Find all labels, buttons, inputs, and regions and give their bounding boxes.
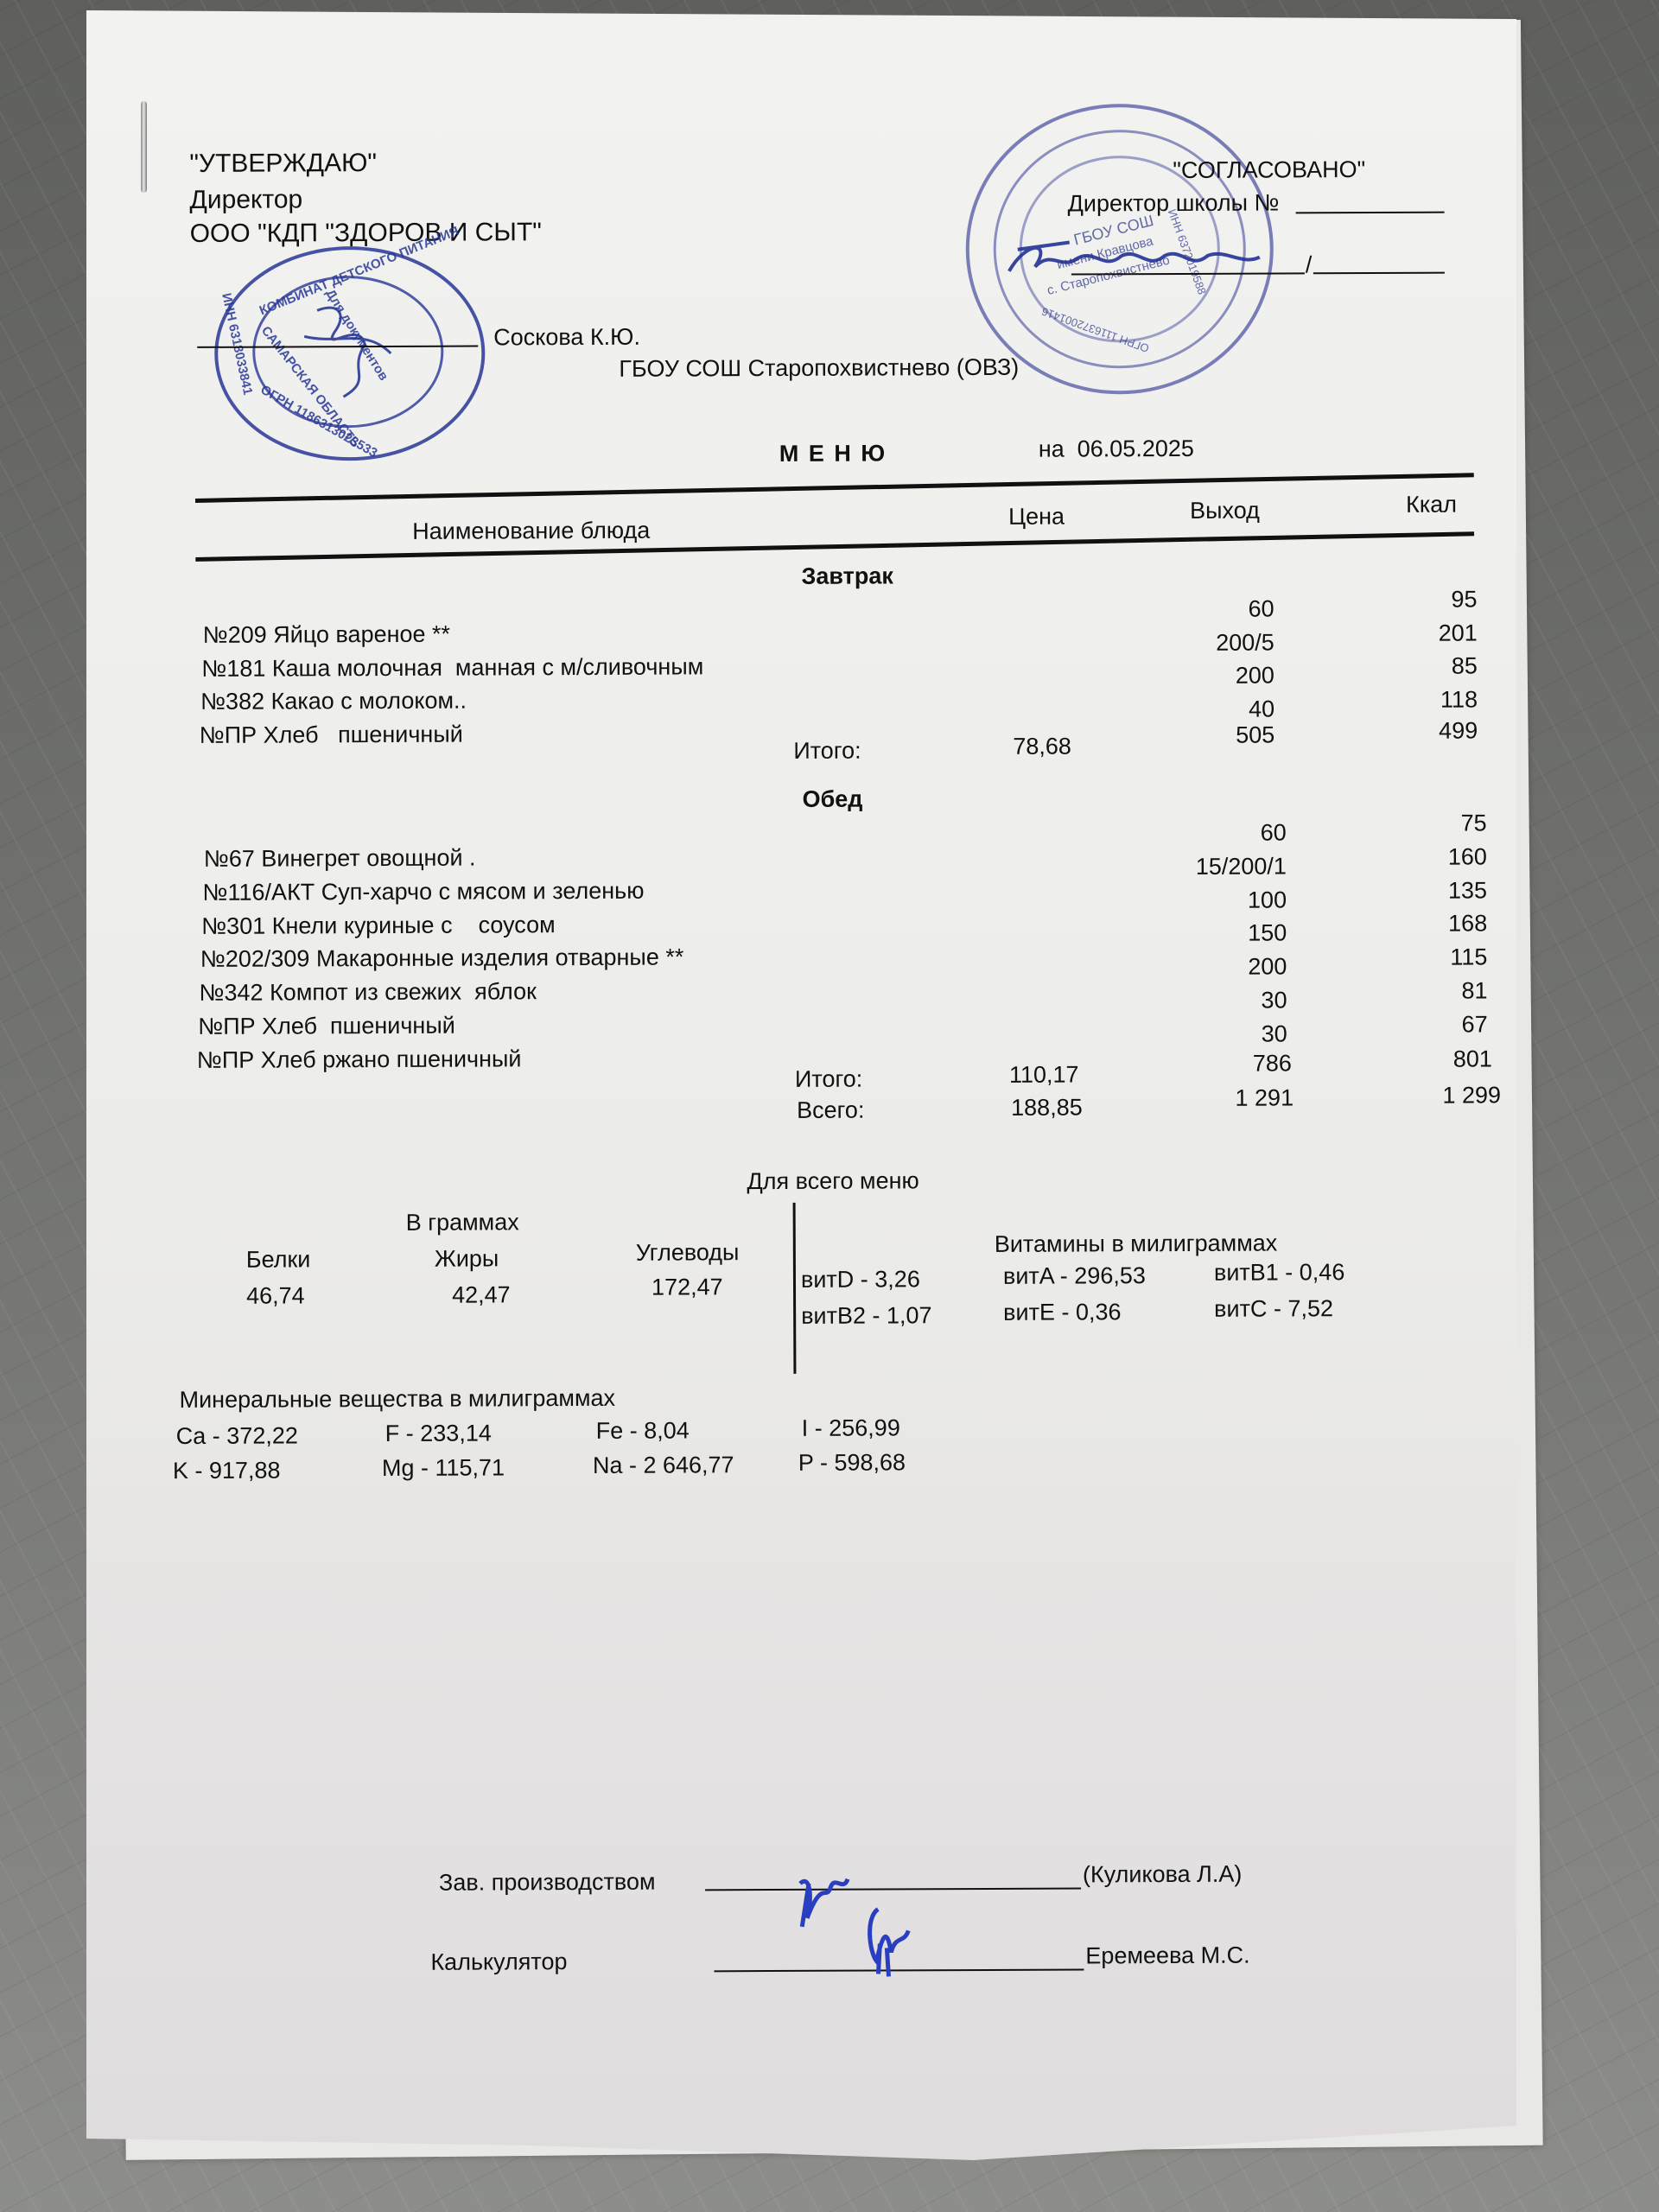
section-total-output: 505 bbox=[1149, 723, 1274, 747]
dish-output: 200/5 bbox=[1149, 631, 1274, 655]
section-title: Завтрак bbox=[801, 564, 893, 588]
vitamin-value: витB1 - 0,46 bbox=[1214, 1261, 1344, 1285]
section-total-kcal: 499 bbox=[1348, 719, 1478, 743]
mineral-value: Mg - 115,71 bbox=[382, 1456, 505, 1480]
dish-name: №67 Винегрет овощной . bbox=[204, 847, 476, 871]
dish-kcal: 67 bbox=[1350, 1013, 1488, 1037]
grand-total-price: 188,85 bbox=[1011, 1096, 1083, 1119]
dish-kcal: 115 bbox=[1349, 946, 1487, 970]
menu-sections: Завтрак№209 Яйцо вареное **6095№181 Каша… bbox=[0, 0, 1656, 3]
dish-kcal: 81 bbox=[1349, 979, 1487, 1003]
dish-kcal: 160 bbox=[1349, 845, 1487, 869]
minerals-list: Ca - 372,22F - 233,14Fe - 8,04I - 256,99… bbox=[0, 0, 1656, 3]
macro-label: Белки bbox=[246, 1248, 311, 1271]
company-stamp: КОМБИНАТ ДЕТСКОГО ПИТАНИЯ ИНН 6318033841… bbox=[214, 245, 486, 461]
school-name-line bbox=[1313, 272, 1445, 275]
macro-value: 172,47 bbox=[652, 1275, 723, 1299]
signature-name-production: (Куликова Л.А) bbox=[1083, 1863, 1242, 1887]
mineral-value: Fe - 8,04 bbox=[596, 1419, 690, 1442]
section-total-output: 786 bbox=[1151, 1052, 1292, 1076]
vitamin-value: витD - 3,26 bbox=[801, 1268, 920, 1292]
section-total-price: 110,17 bbox=[1009, 1063, 1079, 1086]
dish-output: 15/200/1 bbox=[1150, 855, 1287, 879]
mineral-value: K - 917,88 bbox=[173, 1459, 281, 1484]
nutrition-heading: Для всего меню bbox=[747, 1169, 918, 1193]
dish-output: 200 bbox=[1149, 664, 1274, 688]
mineral-value: P - 598,68 bbox=[798, 1451, 906, 1475]
dish-output: 60 bbox=[1150, 821, 1287, 845]
approval-right-slash: / bbox=[1306, 253, 1313, 276]
column-header-kcal: Ккал bbox=[1406, 493, 1457, 517]
dish-output: 60 bbox=[1149, 597, 1274, 621]
signature-name-calculator: Еремеева М.С. bbox=[1085, 1944, 1249, 1968]
vitamin-value: витE - 0,36 bbox=[1003, 1300, 1121, 1325]
grand-total-output: 1 291 bbox=[1194, 1086, 1294, 1110]
column-header-output: Выход bbox=[1190, 499, 1260, 523]
dish-kcal: 118 bbox=[1348, 688, 1478, 712]
approval-left-signatory: Соскова К.Ю. bbox=[493, 326, 640, 350]
signature-role-production: Зав. производством bbox=[439, 1871, 656, 1895]
director-signature bbox=[218, 249, 482, 457]
dish-output: 30 bbox=[1151, 1022, 1287, 1046]
menu-document: "УТВЕРЖДАЮ" Директор ООО "КДП "ЗДОРОВ И … bbox=[0, 0, 1659, 2212]
grand-total-label: Всего: bbox=[797, 1099, 864, 1122]
dish-name: №342 Компот из свежих яблок bbox=[199, 980, 536, 1005]
section-total-kcal: 801 bbox=[1350, 1047, 1492, 1071]
minerals-heading: Минеральные вещества в милиграммах bbox=[180, 1387, 616, 1412]
dish-name: №382 Какао с молоком.. bbox=[200, 690, 467, 714]
vitamins-heading: Витамины в милиграммах bbox=[995, 1231, 1278, 1255]
dish-kcal: 168 bbox=[1349, 912, 1487, 937]
approval-left-role: Директор bbox=[189, 187, 302, 213]
macro-value: 42,47 bbox=[452, 1283, 511, 1306]
approval-right-heading: "СОГЛАСОВАНО" bbox=[1173, 158, 1365, 182]
grand-total-kcal: 1 299 bbox=[1350, 1084, 1501, 1108]
dish-name: №202/309 Макаронные изделия отварные ** bbox=[200, 946, 684, 971]
mineral-value: Ca - 372,22 bbox=[176, 1424, 298, 1448]
column-header-price: Цена bbox=[1008, 505, 1065, 529]
menu-date: на 06.05.2025 bbox=[1039, 437, 1194, 461]
vitamins-list: витD - 3,26витA - 296,53витB1 - 0,46витB… bbox=[0, 0, 1656, 3]
dish-name: №ПР Хлеб ржано пшеничный bbox=[197, 1047, 522, 1072]
vitamin-value: витC - 7,52 bbox=[1214, 1297, 1333, 1321]
dish-output: 40 bbox=[1149, 697, 1274, 721]
dish-output: 200 bbox=[1150, 956, 1287, 980]
dish-name: №116/АКТ Суп-харчо с мясом и зеленью bbox=[202, 879, 644, 904]
section-title: Обед bbox=[802, 788, 862, 811]
dish-kcal: 135 bbox=[1349, 879, 1487, 903]
school-number-line bbox=[1296, 212, 1445, 214]
macro-label: Углеводы bbox=[636, 1241, 740, 1265]
signature-role-calculator: Калькулятор bbox=[430, 1950, 567, 1974]
dish-name: №ПР Хлеб пшеничный bbox=[198, 1014, 455, 1039]
handwritten-signatures bbox=[783, 1866, 948, 1987]
mineral-value: F - 233,14 bbox=[385, 1421, 492, 1446]
approval-left-organization: ООО "КДП "ЗДОРОВ И СЫТ" bbox=[190, 219, 542, 247]
macro-value: 46,74 bbox=[246, 1284, 305, 1307]
dish-kcal: 75 bbox=[1349, 811, 1487, 836]
header-top-rule bbox=[195, 473, 1474, 503]
dish-output: 30 bbox=[1151, 988, 1287, 1013]
dish-name: №209 Яйцо вареное ** bbox=[203, 623, 450, 647]
section-total-price: 78,68 bbox=[1013, 735, 1071, 759]
dish-name: №181 Каша молочная манная с м/сливочным bbox=[201, 655, 703, 681]
grams-heading: В граммах bbox=[406, 1211, 519, 1235]
school-director-signature bbox=[1001, 231, 1277, 292]
mineral-value: I - 256,99 bbox=[802, 1416, 900, 1440]
vitamin-value: витA - 296,53 bbox=[1003, 1264, 1146, 1288]
section-total-label: Итого: bbox=[795, 1068, 862, 1091]
macro-label: Жиры bbox=[435, 1247, 499, 1270]
section-total-label: Итого: bbox=[793, 740, 861, 763]
dish-kcal: 85 bbox=[1348, 654, 1478, 678]
dish-kcal: 95 bbox=[1347, 588, 1477, 612]
approval-left-heading: "УТВЕРЖДАЮ" bbox=[189, 150, 377, 177]
column-header-name: Наименование блюда bbox=[412, 519, 650, 543]
dish-name: №301 Кнели куриные с соусом bbox=[201, 913, 556, 938]
mineral-value: Na - 2 646,77 bbox=[593, 1453, 734, 1478]
dish-output: 100 bbox=[1150, 888, 1287, 912]
school-name: ГБОУ СОШ Старопохвистнево (ОВЗ) bbox=[619, 356, 1019, 381]
dish-kcal: 201 bbox=[1348, 621, 1478, 645]
vitamin-value: витB2 - 1,07 bbox=[801, 1304, 931, 1328]
dish-output: 150 bbox=[1150, 922, 1287, 946]
nutrition-divider bbox=[793, 1203, 797, 1374]
approval-right-role: Директор школы № bbox=[1067, 191, 1279, 215]
dish-name: №ПР Хлеб пшеничный bbox=[200, 722, 463, 747]
page-title: М Е Н Ю bbox=[779, 442, 887, 466]
header-bottom-rule bbox=[195, 531, 1474, 562]
macronutrients: Белки46,74Жиры42,47Углеводы172,47 bbox=[0, 0, 1656, 3]
